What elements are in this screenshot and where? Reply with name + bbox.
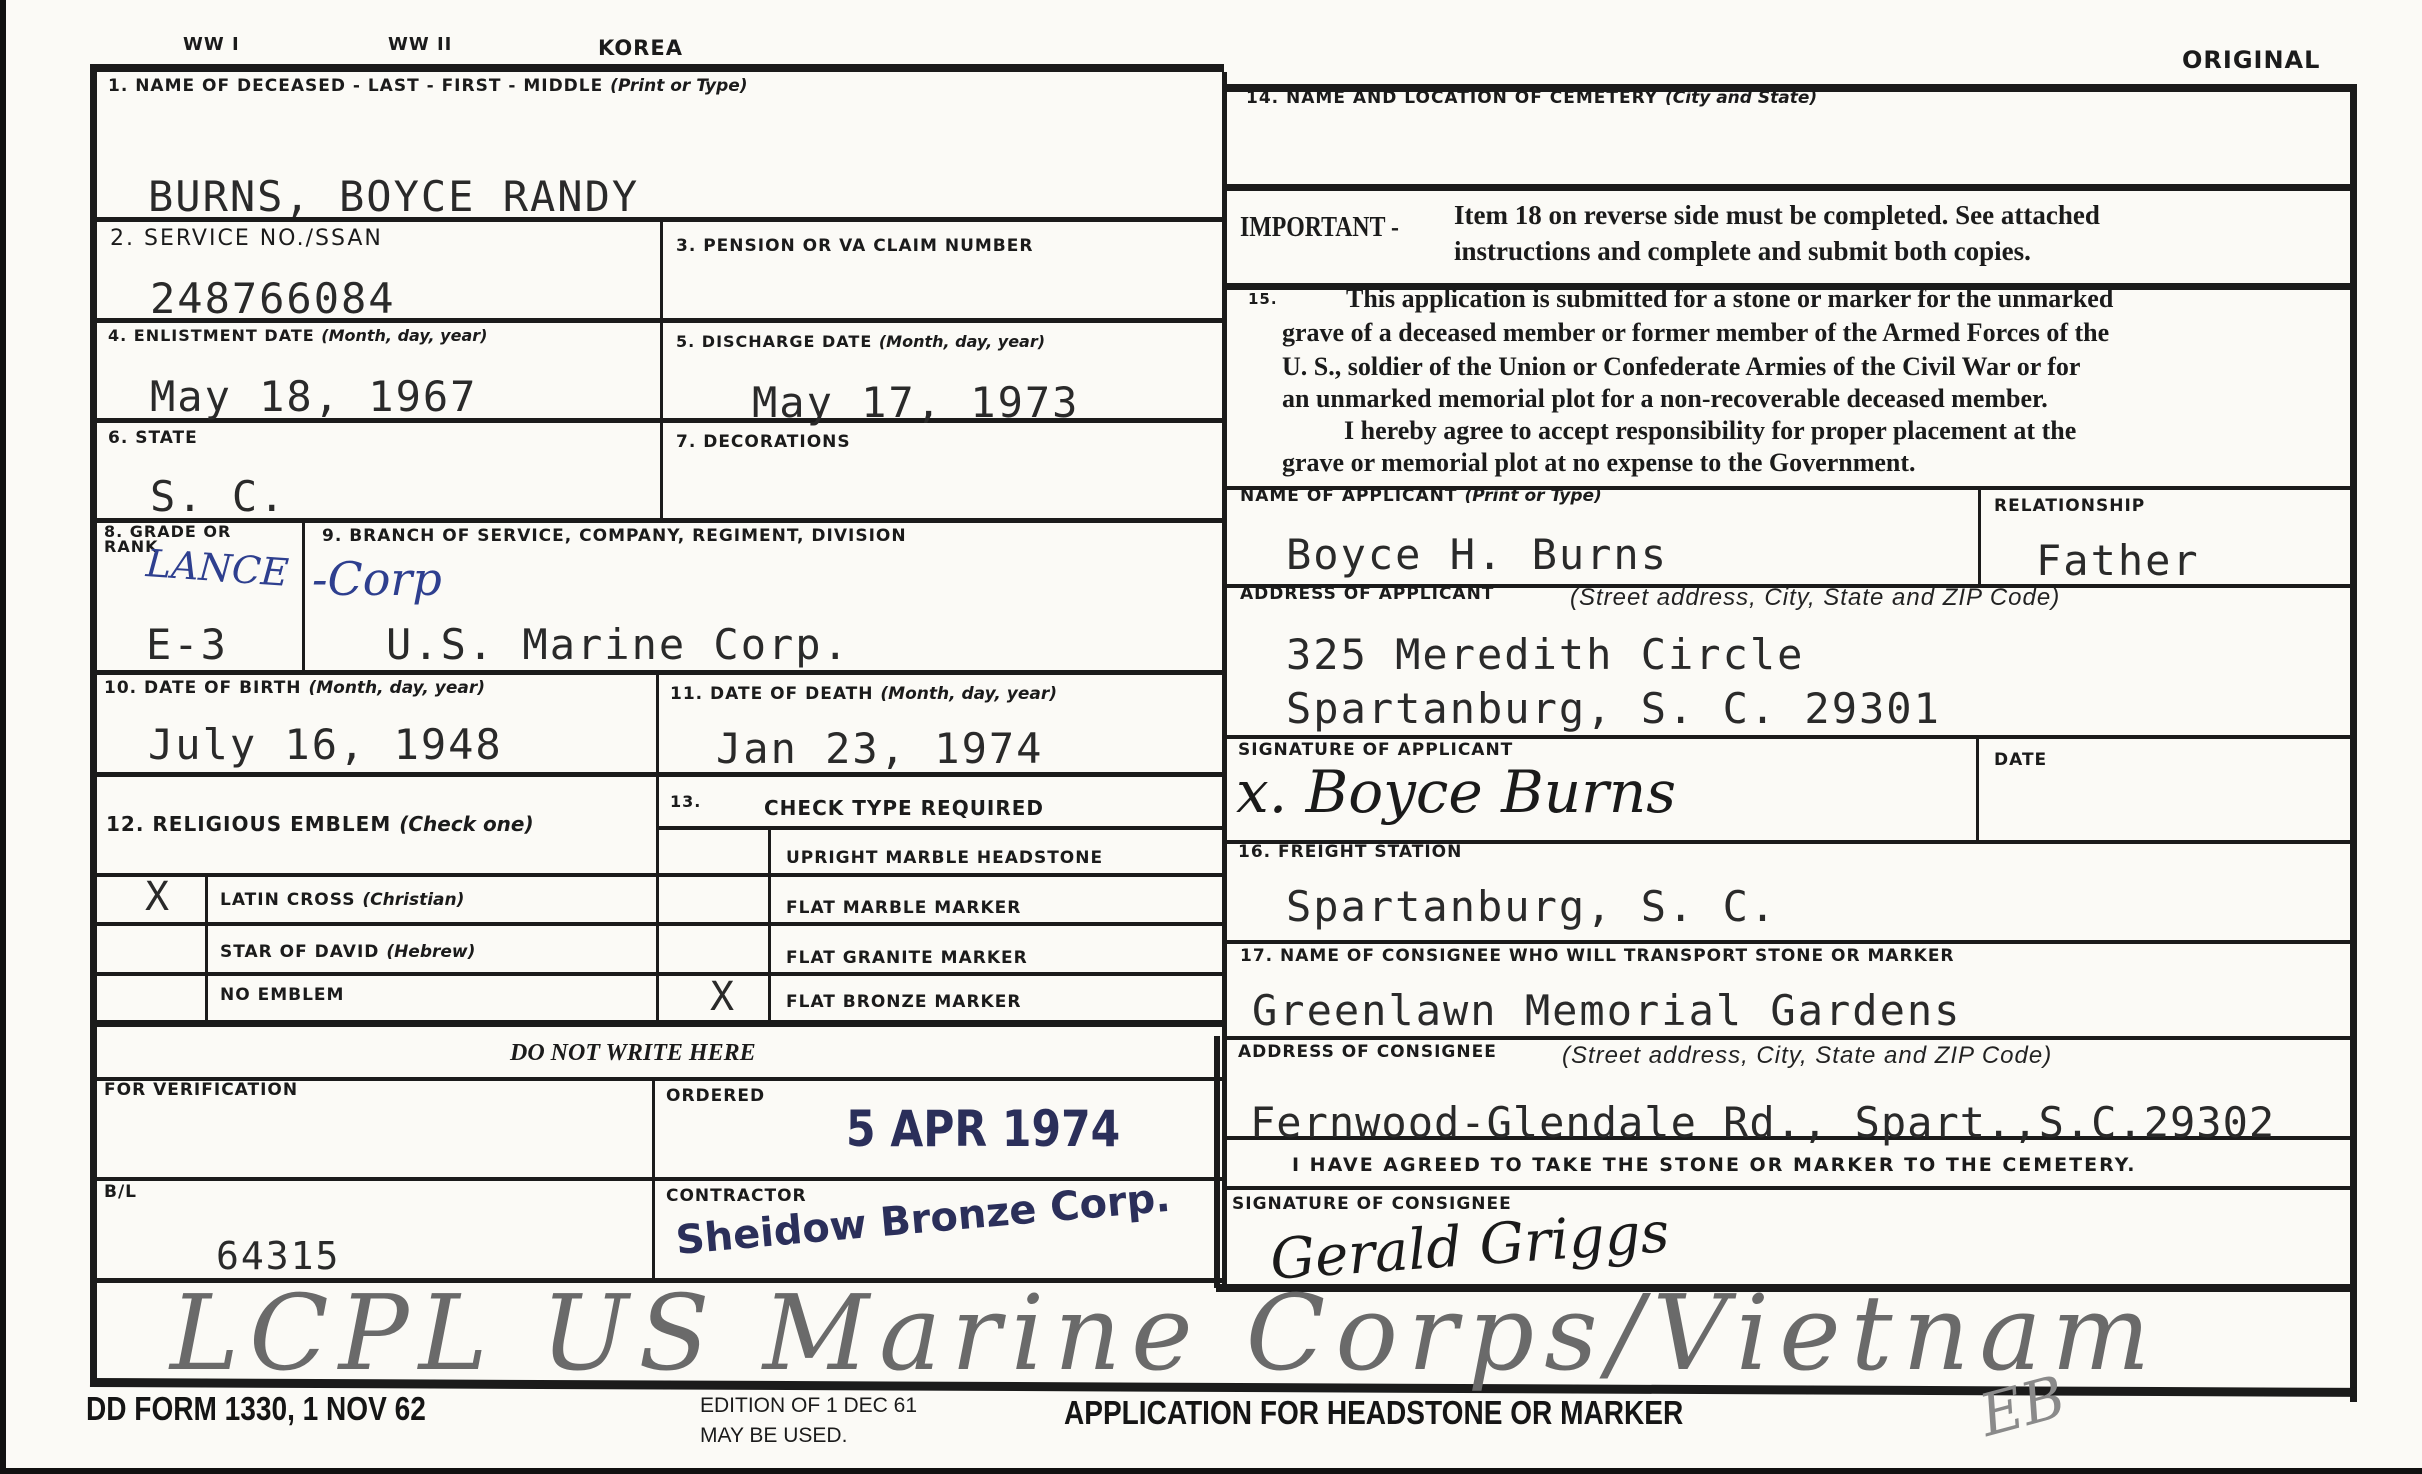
label-text: 11. DATE OF DEATH [670, 684, 873, 704]
consignee-address-label: ADDRESS OF CONSIGNEE [1238, 1042, 1497, 1062]
hline [1227, 184, 2352, 191]
date-of-death-label: 11. DATE OF DEATH (Month, day, year) [670, 684, 1057, 704]
pension-claim-label: 3. PENSION OR VA CLAIM NUMBER [676, 236, 1033, 256]
statement-line: an unmarked memorial plot for a non-reco… [1282, 384, 2048, 414]
hline [1222, 1036, 2352, 1040]
applicant-signature: x. Boyce Burns [1236, 758, 1676, 826]
ww1-label: WW I [183, 34, 240, 55]
option-label: FLAT GRANITE MARKER [786, 948, 1028, 968]
enlistment-date-label: 4. ENLISTMENT DATE (Month, day, year) [108, 326, 487, 345]
hline [1222, 940, 2352, 944]
consignee-value[interactable]: Greenlawn Memorial Gardens [1252, 986, 1961, 1035]
consignee-address-hint: (Street address, City, State and ZIP Cod… [1562, 1042, 2052, 1070]
label-hint: (Month, day, year) [308, 678, 485, 698]
service-no-value[interactable]: 248766084 [150, 274, 396, 323]
vline [1978, 488, 1981, 588]
inscription-handwritten: LCPL US Marine Corps/Vietnam [170, 1272, 2160, 1394]
important-line-1: Item 18 on reverse side must be complete… [1454, 200, 2100, 231]
option-text: LATIN CROSS [220, 890, 355, 910]
right-panel-right-border [2350, 84, 2357, 1402]
check-type-number: 13. [670, 792, 701, 811]
option-hint: (Christian) [362, 890, 464, 910]
agreement-text: I HAVE AGREED TO TAKE THE STONE OR MARKE… [1292, 1154, 2137, 1176]
label-text: 10. DATE OF BIRTH [104, 678, 302, 698]
vline [302, 520, 305, 672]
statement-number: 15. [1248, 290, 1278, 308]
label-text: NAME OF APPLICANT [1240, 486, 1458, 506]
edition-line-1: EDITION OF 1 DEC 61 [700, 1394, 917, 1418]
statement-line: U. S., soldier of the Union or Confedera… [1282, 352, 2080, 382]
applicant-name-label: NAME OF APPLICANT (Print or Type) [1240, 486, 1602, 506]
applicant-address-hint: (Street address, City, State and ZIP Cod… [1570, 584, 2060, 612]
applicant-address-line-1[interactable]: 325 Meredith Circle [1286, 630, 1804, 679]
label-hint: (Print or Type) [610, 76, 747, 96]
label-text: 12. RELIGIOUS EMBLEM [106, 812, 391, 836]
important-line-2: instructions and complete and submit bot… [1454, 236, 2031, 267]
freight-station-label: 16. FREIGHT STATION [1238, 842, 1462, 862]
bl-label: B/L [104, 1182, 137, 1202]
verification-label: FOR VERIFICATION [104, 1080, 298, 1100]
vline [656, 672, 659, 1022]
label-text: 4. ENLISTMENT DATE [108, 326, 315, 345]
applicant-address-line-2[interactable]: Spartanburg, S. C. 29301 [1286, 684, 1941, 733]
cemetery-label: 14. NAME AND LOCATION OF CEMETERY (City … [1246, 88, 1817, 108]
state-label: 6. STATE [108, 428, 198, 448]
form-left-border [90, 64, 97, 1384]
edition-line-2: MAY BE USED. [700, 1424, 847, 1448]
option-label: NO EMBLEM [220, 985, 344, 1005]
religious-emblem-label: 12. RELIGIOUS EMBLEM (Check one) [106, 812, 534, 836]
check-type-label: CHECK TYPE REQUIRED [764, 796, 1044, 820]
hline [1222, 735, 2352, 739]
option-hint: (Hebrew) [386, 942, 475, 962]
vline [1214, 1036, 1220, 1288]
decorations-label: 7. DECORATIONS [676, 432, 851, 452]
relationship-value[interactable]: Father [2036, 536, 2200, 585]
date-of-death-value[interactable]: Jan 23, 1974 [716, 724, 1043, 773]
form-title: APPLICATION FOR HEADSTONE OR MARKER [1064, 1394, 1683, 1432]
vline [1976, 738, 1979, 842]
card-bottom-edge [0, 1468, 2422, 1474]
consignee-signature-label: SIGNATURE OF CONSIGNEE [1232, 1194, 1512, 1214]
option-text: STAR OF DAVID [220, 942, 379, 962]
name-of-deceased-label: 1. NAME OF DECEASED - LAST - FIRST - MID… [108, 76, 748, 96]
label-hint: (Month, day, year) [880, 684, 1057, 704]
statement-line: I hereby agree to accept responsibility … [1344, 416, 2076, 446]
consignee-address-value[interactable]: Fernwood-Glendale Rd., Spart.,S.C.29302 [1250, 1098, 2275, 1147]
applicant-signature-label: SIGNATURE OF APPLICANT [1238, 740, 1513, 760]
applicant-name-value[interactable]: Boyce H. Burns [1286, 530, 1668, 579]
discharge-date-label: 5. DISCHARGE DATE (Month, day, year) [676, 332, 1045, 351]
label-text: 1. NAME OF DECEASED - LAST - FIRST - MID… [108, 76, 603, 96]
enlistment-date-value[interactable]: May 18, 1967 [150, 372, 477, 421]
label-hint: (Check one) [399, 812, 533, 836]
branch-label: 9. BRANCH OF SERVICE, COMPANY, REGIMENT,… [322, 526, 907, 546]
label-text: 5. DISCHARGE DATE [676, 332, 872, 351]
branch-handwritten: -Corp [312, 552, 442, 606]
ww2-label: WW II [388, 34, 452, 55]
original-label: ORIGINAL [2182, 46, 2320, 74]
left-panel-divider [1222, 72, 1227, 1292]
hline [658, 826, 1224, 830]
vline [205, 873, 208, 1023]
label-hint: (City and State) [1665, 88, 1817, 108]
consignee-label: 17. NAME OF CONSIGNEE WHO WILL TRANSPORT… [1240, 946, 1955, 966]
statement-line: grave or memorial plot at no expense to … [1282, 448, 1916, 478]
vline [660, 220, 663, 520]
checkbox-mark[interactable]: X [710, 974, 734, 1020]
freight-station-value[interactable]: Spartanburg, S. C. [1286, 882, 1777, 931]
label-hint: (Month, day, year) [879, 332, 1045, 351]
form-id: DD FORM 1330, 1 NOV 62 [86, 1390, 426, 1428]
vline [768, 828, 771, 1023]
ordered-label: ORDERED [666, 1086, 765, 1106]
option-label: LATIN CROSS (Christian) [220, 890, 464, 910]
hline [1222, 1186, 2352, 1190]
ordered-stamp: 5 APR 1974 [846, 1100, 1120, 1158]
korea-label: KOREA [598, 36, 683, 60]
service-no-label: 2. SERVICE NO./SSAN [110, 226, 383, 251]
state-value[interactable]: S. C. [150, 472, 286, 521]
date-of-birth-label: 10. DATE OF BIRTH (Month, day, year) [104, 678, 485, 698]
statement-line: This application is submitted for a ston… [1346, 284, 2113, 314]
vline [652, 1079, 655, 1279]
label-hint: (Month, day, year) [321, 326, 487, 345]
grade-handwritten: LANCE [145, 541, 290, 595]
card-left-edge [0, 0, 6, 1474]
date-of-birth-value[interactable]: July 16, 1948 [148, 720, 503, 769]
contractor-label: CONTRACTOR [666, 1186, 807, 1206]
name-of-deceased-value[interactable]: BURNS, BOYCE RANDY [148, 172, 639, 221]
form-top-border [92, 64, 1224, 72]
date-label: DATE [1994, 750, 2047, 770]
option-label: FLAT MARBLE MARKER [786, 898, 1021, 918]
hline [92, 1177, 1224, 1181]
option-label: UPRIGHT MARBLE HEADSTONE [786, 848, 1103, 868]
grade-value[interactable]: E-3 [146, 620, 228, 669]
do-not-write-header: DO NOT WRITE HERE [510, 1040, 756, 1067]
important-label: IMPORTANT - [1240, 212, 1399, 244]
label-text: 14. NAME AND LOCATION OF CEMETERY [1246, 88, 1658, 108]
statement-line: grave of a deceased member or former mem… [1282, 318, 2109, 348]
checkbox-mark[interactable]: X [145, 874, 169, 920]
option-label: FLAT BRONZE MARKER [786, 992, 1021, 1012]
label-hint: (Print or Type) [1464, 486, 1601, 506]
applicant-address-label: ADDRESS OF APPLICANT [1240, 584, 1494, 604]
option-label: STAR OF DAVID (Hebrew) [220, 942, 475, 962]
relationship-label: RELATIONSHIP [1994, 496, 2145, 516]
discharge-date-value[interactable]: May 17, 1973 [752, 378, 1079, 427]
branch-value[interactable]: U.S. Marine Corp. [386, 620, 850, 669]
